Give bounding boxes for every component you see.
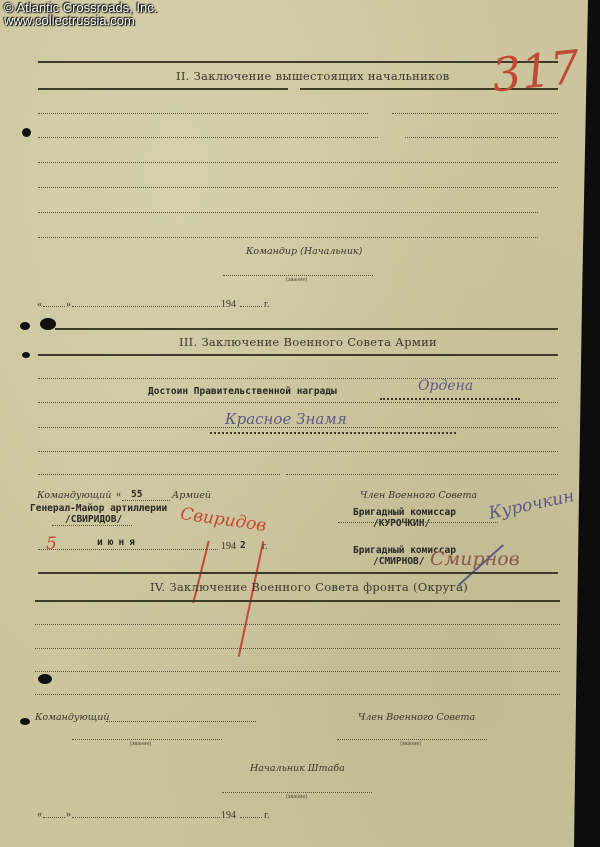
date-year-suffix: г. xyxy=(262,541,267,552)
award-typed-text: Достоин Правительственной награды xyxy=(148,386,337,397)
date-year-prefix: 194 xyxy=(221,541,236,552)
signature-line xyxy=(52,525,132,526)
day-line xyxy=(43,306,65,307)
member1-signature: Курочкин xyxy=(487,486,576,524)
rule xyxy=(38,354,558,356)
year-line xyxy=(240,306,262,307)
chief-of-staff-label: Начальник Штаба xyxy=(250,763,345,774)
archive-number-handwritten: 317 xyxy=(489,40,582,103)
member2-signature: Смирнов xyxy=(430,548,520,570)
rule xyxy=(38,572,558,574)
council-member-label: Член Военного Совета xyxy=(360,490,477,501)
rank-caption: (звание) xyxy=(130,741,151,747)
fill-line xyxy=(38,378,558,379)
front-commander-label: Командующий xyxy=(35,712,110,723)
year-line xyxy=(240,817,262,818)
ink-blot xyxy=(20,322,30,330)
rank-line xyxy=(337,739,487,740)
army-number: 55 xyxy=(131,489,142,500)
award-document-page: © Atlantic Crossroads, Inc. www.collectr… xyxy=(0,0,590,847)
year-prefix: 194 xyxy=(221,810,236,821)
rank-caption: (звание) xyxy=(286,794,307,800)
date-month: июня xyxy=(97,537,140,548)
rank-signature-line xyxy=(223,275,373,276)
front-council-member-label: Член Военного Совета xyxy=(358,712,475,723)
date-line xyxy=(38,549,218,550)
commander-signature-line xyxy=(106,721,256,722)
watermark-line-2: www.collectrussia.com xyxy=(4,14,157,27)
commander-label: Командир (Начальник) xyxy=(246,246,362,257)
rule xyxy=(38,61,558,63)
army-label: Армией xyxy=(172,490,211,501)
date-year-digit: 2 xyxy=(240,540,246,551)
commander-signature: Свиридов xyxy=(179,504,268,536)
copyright-watermark: © Atlantic Crossroads, Inc. www.collectr… xyxy=(4,1,157,27)
rank-caption: (звание) xyxy=(286,277,307,283)
section-3-title: III. Заключение Военного Совета Армии xyxy=(179,335,437,349)
fill-line xyxy=(38,212,538,213)
fill-line xyxy=(38,162,558,163)
year-prefix: 194 xyxy=(221,299,236,310)
fill-line xyxy=(35,671,560,672)
date-quote-open: « xyxy=(37,299,42,310)
month-line xyxy=(72,306,220,307)
award-handwritten-order: Ордена xyxy=(418,378,473,394)
rule xyxy=(38,88,288,90)
fill-line xyxy=(38,137,378,138)
ink-blot xyxy=(20,718,30,725)
date-quote-open: « xyxy=(37,809,42,820)
fill-line xyxy=(38,187,558,188)
rank-line xyxy=(72,739,222,740)
army-quote-open: « xyxy=(116,489,121,500)
ink-blot xyxy=(40,318,56,330)
rule xyxy=(55,328,558,330)
army-number-line xyxy=(122,500,170,501)
fill-line xyxy=(38,237,538,238)
fill-line xyxy=(38,474,280,475)
award-handwritten-red-banner: Красное Знамя xyxy=(225,410,347,428)
commander-name: /СВИРИДОВ/ xyxy=(65,514,122,525)
member1-name: /КУРОЧКИН/ xyxy=(373,518,430,529)
fill-line xyxy=(405,137,558,138)
fill-line xyxy=(38,113,368,114)
typed-dots xyxy=(380,398,520,400)
fill-line xyxy=(35,694,560,695)
signature-line xyxy=(338,522,498,523)
fill-line xyxy=(35,624,560,625)
date-quote-close: » xyxy=(66,299,71,310)
ink-blot xyxy=(38,674,52,684)
fill-line xyxy=(38,427,558,428)
rule xyxy=(35,600,560,602)
fill-line xyxy=(286,474,558,475)
section-4-title: IV. Заключение Военного Совета фронта (О… xyxy=(150,580,468,594)
date-quote-close: » xyxy=(66,809,71,820)
ink-blot xyxy=(22,128,31,137)
fill-line xyxy=(35,648,560,649)
month-line xyxy=(72,817,220,818)
year-suffix: г. xyxy=(264,810,269,821)
fill-line xyxy=(392,113,558,114)
date-day-handwritten: 5 xyxy=(46,534,57,554)
fill-line xyxy=(38,451,558,452)
fill-line xyxy=(38,402,558,403)
year-suffix: г. xyxy=(264,299,269,310)
member2-name: /СМИРНОВ/ xyxy=(373,556,424,567)
day-line xyxy=(43,817,65,818)
section-2-title: II. Заключение вышестоящих начальников xyxy=(176,69,450,83)
signature-stroke xyxy=(238,541,264,657)
army-commander-label: Командующий xyxy=(37,490,112,501)
typed-dots xyxy=(210,432,456,434)
rank-caption: (звание) xyxy=(400,741,421,747)
member1-rank: Бригадный комиссар xyxy=(353,507,456,518)
commander-rank: Генерал-Майор артиллерии xyxy=(30,503,167,514)
ink-blot xyxy=(22,352,30,358)
rank-line xyxy=(222,792,372,793)
